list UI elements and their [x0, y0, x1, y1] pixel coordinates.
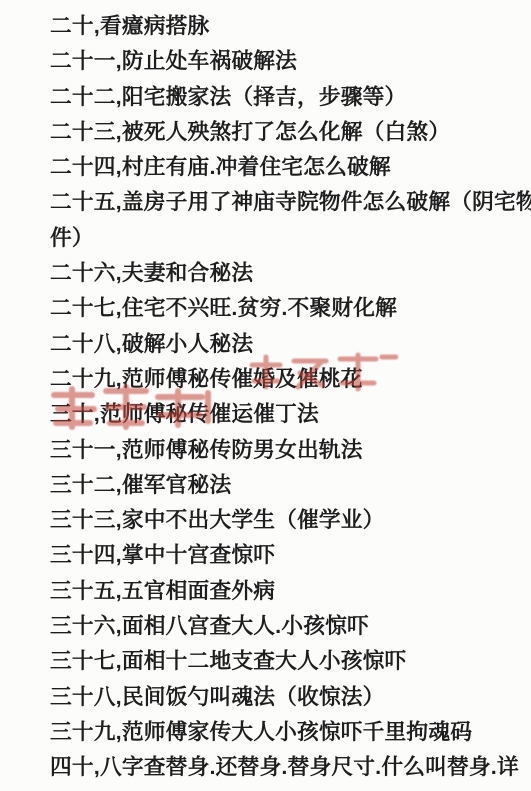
toc-list: 二十,看癔病搭脉二十一,防止处车祸破解法二十二,阳宅搬家法（择吉，步骤等）二十三…: [50, 11, 531, 788]
list-row: 二十八,破解小人秘法: [50, 329, 531, 364]
list-row: 二十二,阳宅搬家法（择吉，步骤等）: [50, 82, 531, 117]
list-row: 二十五,盖房子用了神庙寺院物件怎么破解（阴宅物: [50, 187, 531, 222]
list-row: 件）: [50, 223, 531, 258]
list-row: 三十九,范师傅家传大人小孩惊吓千里拘魂码: [50, 717, 531, 752]
list-row: 二十三,被死人殃煞打了怎么化解（白煞）: [50, 117, 531, 152]
list-row: 三十七,面相十二地支查大人小孩惊吓: [50, 646, 531, 681]
list-row: 二十一,防止处车祸破解法: [50, 46, 531, 81]
list-row: 四十,八字查替身.还替身.替身尺寸.什么叫替身.详: [50, 752, 531, 787]
list-row: 三十八,民间饭勺叫魂法（收惊法）: [50, 682, 531, 717]
list-row: 二十六,夫妻和合秘法: [50, 258, 531, 293]
list-row: 三十六,面相八宫查大人.小孩惊吓: [50, 611, 531, 646]
list-row: 三十四,掌中十宫查惊吓: [50, 540, 531, 575]
list-row: 三十一,范师傅秘传防男女出轨法: [50, 435, 531, 470]
document-page: 二十,看癔病搭脉二十一,防止处车祸破解法二十二,阳宅搬家法（择吉，步骤等）二十三…: [0, 0, 531, 791]
list-row: 二十四,村庄有庙.冲着住宅怎么破解: [50, 152, 531, 187]
list-row: 三十二,催军官秘法: [50, 470, 531, 505]
list-row: 三十五,五官相面查外病: [50, 576, 531, 611]
list-row: 二十七,住宅不兴旺.贫穷.不聚财化解: [50, 293, 531, 328]
list-row: 三十三,家中不出大学生（催学业）: [50, 505, 531, 540]
list-row: 二十,看癔病搭脉: [50, 11, 531, 46]
list-row: 三十,范师傅秘传催运催丁法: [50, 399, 531, 434]
list-row: 二十九,范师傅秘传催婚及催桃花: [50, 364, 531, 399]
